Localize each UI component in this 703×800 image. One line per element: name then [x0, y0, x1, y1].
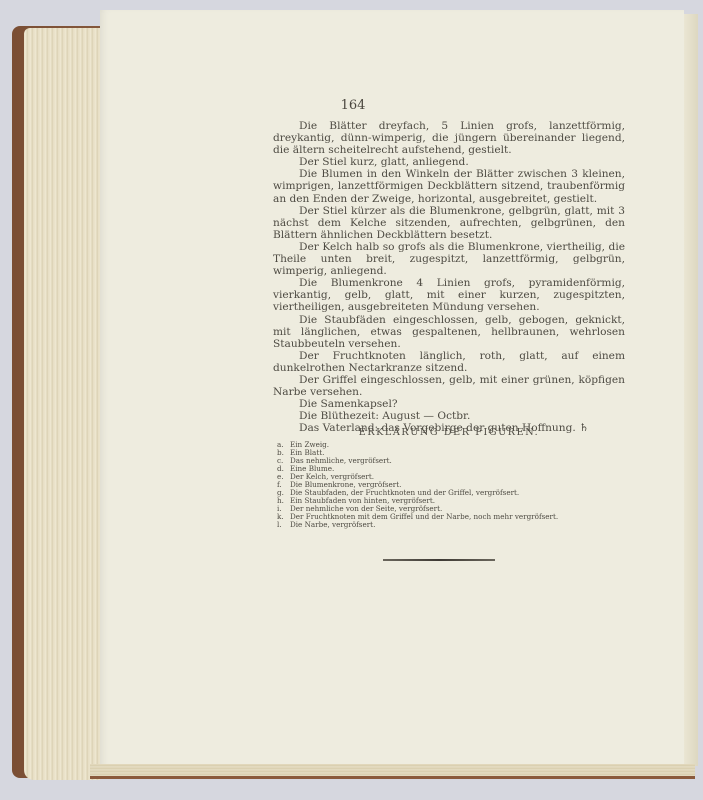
paragraph: Der Griffel eingeschlossen, gelb, mit ei… — [273, 374, 625, 398]
page-stack-edge — [24, 28, 100, 780]
section-title: ERKLÄRUNG DER FIGUREN. — [273, 427, 625, 438]
body-text: Die Blätter dreyfach, 5 Linien grofs, la… — [273, 120, 625, 434]
paragraph: Der Stiel kürzer als die Blumenkrone, ge… — [273, 205, 625, 241]
paragraph: Die Blumenkrone 4 Linien grofs, pyramide… — [273, 277, 625, 313]
legend-key: l. — [277, 521, 290, 529]
paragraph: Die Blumen in den Winkeln der Blätter zw… — [273, 168, 625, 204]
paragraph: Der Stiel kurz, glatt, anliegend. — [273, 156, 625, 168]
paragraph: Die Samenkapsel? — [273, 398, 625, 410]
legend-text: Die Narbe, vergröfsert. — [290, 521, 375, 529]
right-page-edge — [682, 14, 698, 766]
paragraph: Die Blätter dreyfach, 5 Linien grofs, la… — [273, 120, 625, 156]
figure-legend: a.Ein Zweig. b.Ein Blatt. c.Das nehmlich… — [277, 441, 617, 530]
paragraph: Der Kelch halb so grofs als die Blumenkr… — [273, 241, 625, 277]
decorative-rule — [383, 559, 495, 561]
paragraph: Der Fruchtknoten länglich, roth, glatt, … — [273, 350, 625, 374]
page-number: 164 — [338, 98, 368, 113]
bottom-page-edge — [90, 764, 695, 779]
legend-item: l.Die Narbe, vergröfsert. — [277, 521, 617, 529]
paragraph: Die Blüthezeit: August — Octbr. — [273, 410, 625, 422]
paragraph: Die Staubfäden eingeschlossen, gelb, geb… — [273, 314, 625, 350]
legend-item: a.Ein Zweig. — [277, 441, 617, 449]
